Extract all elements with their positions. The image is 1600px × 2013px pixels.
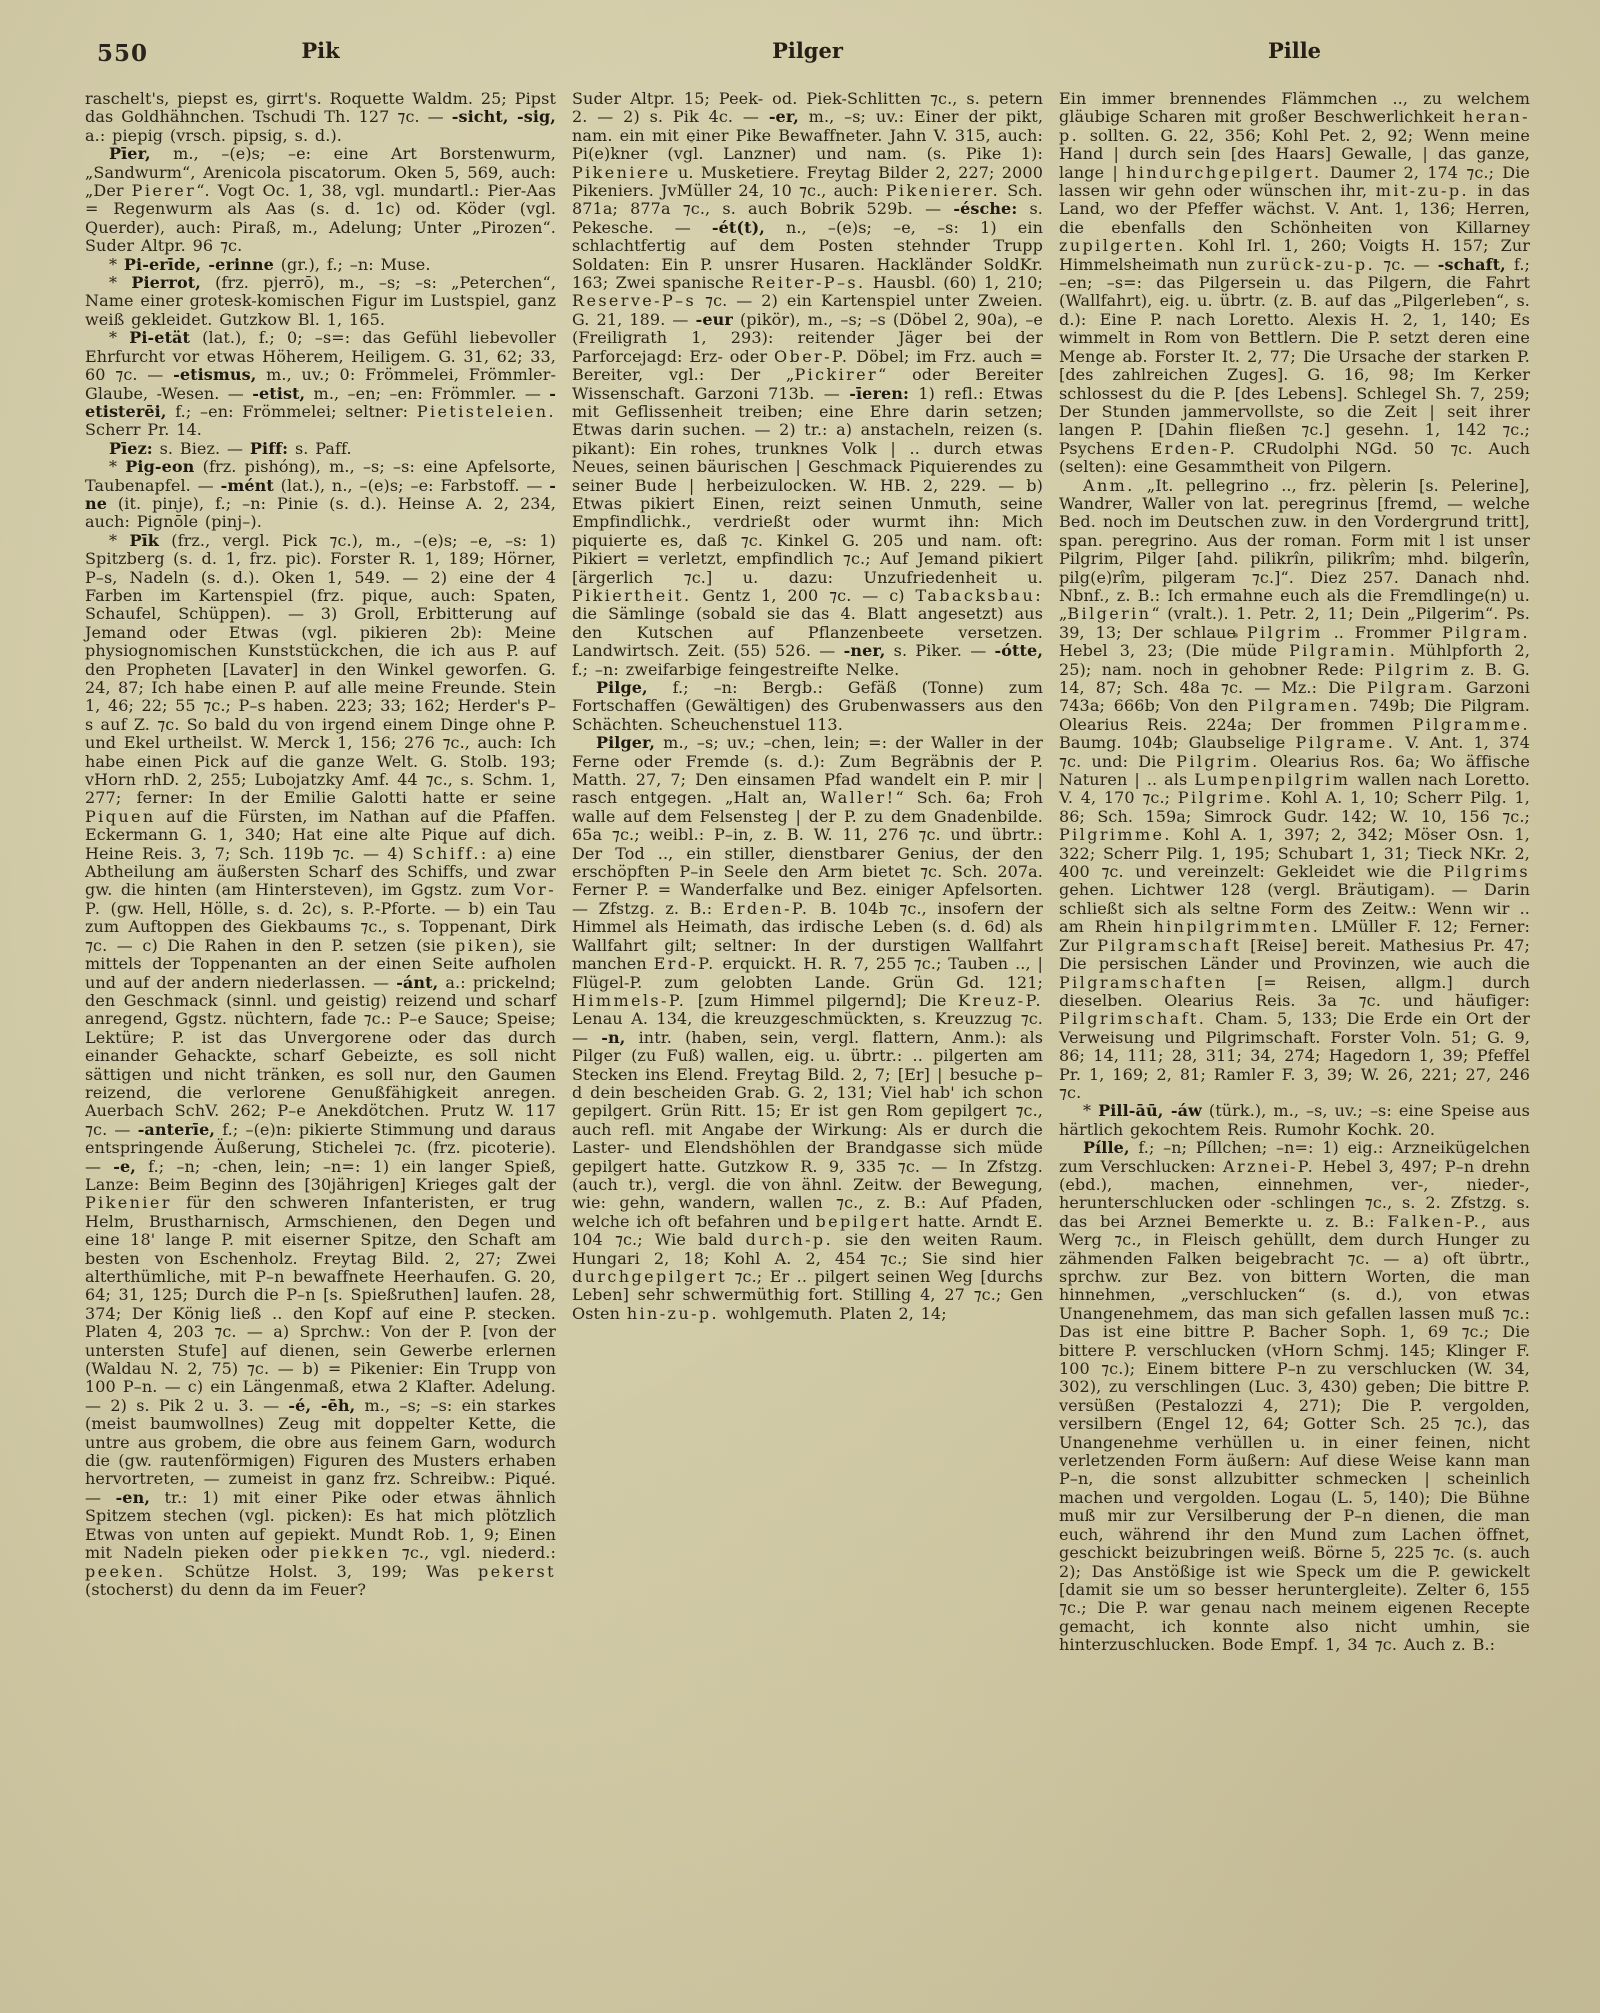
text-run: ⁊c. — [1375,255,1438,274]
text-run: Pikiertheit. [572,586,691,605]
entry-paragraph: Suder Altpr. 15; Peek- od. Piek-Schlitte… [572,90,1043,679]
text-run: für den schweren Infanteristen, er trug … [85,1193,556,1414]
entry-paragraph: raschelt's, piepst es, girrt's. Roquette… [85,90,556,145]
text-run: Erden-P. [1151,439,1238,458]
text-run: hin-zu-p. [627,1304,719,1323]
headword: -er, [769,107,799,126]
text-run: a.: piepig (vrsch. pipsig, s. d.). [85,126,342,145]
text-run: Arznei-P. [1223,1157,1315,1176]
entry-paragraph: Pīez: s. Biez. — Piff: s. Paff. [85,440,556,458]
text-run: intr. (haben, sein, vergl. flattern, Anm… [572,1028,1043,1231]
headword: -ánt, [396,973,438,992]
text-run: Pietisteleien. [417,402,556,421]
entry-paragraph: * Pierrot, (frz. pjerrō), m., –s; –s: „P… [85,274,556,329]
text-run: Schiff.: [412,844,488,863]
text-run: ⁊c., vgl. niederd.: [390,1543,556,1562]
text-run: zupilgerten. [1059,236,1186,255]
headword-column-middle: Pilger [572,38,1043,63]
headword: Pierrot, [131,273,201,292]
text-run: Pilgrim [1247,623,1323,642]
headword: Pīk [129,531,159,550]
text-run: Pilgramschaft [1097,936,1241,955]
headword: Pīez: [109,439,153,458]
entry-paragraph: Anm. „It. pellegrino .., frz. pèlerin [s… [1059,477,1530,1103]
text-run: f.; –n; -chen, lein; –n=: 1) ein langer … [85,1157,556,1194]
entry-paragraph: * Pi-erīde, -erinne (gr.), f.; –n: Muse. [85,256,556,274]
text-run: (it. pinje), f.; –n: Pinie (s. d.). Hein… [85,494,556,531]
entry-paragraph: Ein immer brennendes Flämmchen .., zu we… [1059,90,1530,477]
text-run: Pilgrame. [1296,733,1396,752]
text-run: Pikeniere [572,163,671,182]
headword: Piff: [250,439,288,458]
text-run: Pikenier [85,1193,172,1212]
headword: -n, [601,1028,625,1047]
text-run: Pierer [132,181,197,200]
text-run: aus Werg ⁊c., in Fleisch gehüllt, dem du… [1059,1212,1530,1654]
headword: Pīer, [109,144,151,163]
text-run: * [109,328,129,347]
column-middle: Suder Altpr. 15; Peek- od. Piek-Schlitte… [572,90,1043,1323]
column-left: raschelt's, piepst es, girrt's. Roquette… [85,90,556,1599]
entry-paragraph: Pílle, f.; –n; Píllchen; –n=: 1) eig.: A… [1059,1139,1530,1654]
text-run: Reiter-P–s. [751,273,865,292]
text-run: Hebel 3, 23; (Die müde [1059,641,1289,660]
text-run: Reserve-P–s [572,291,696,310]
text-run: * [109,255,124,274]
text-run: Pilgrime. [1178,788,1273,807]
text-run: mit-zu-p. [1376,181,1469,200]
text-run: f.; –en: Frömmelei; seltner: [166,402,416,421]
headword: -ét(t), [712,218,765,237]
text-run: wohlgemuth. Platen 2, 14; [719,1304,947,1323]
text-run: Erd-P. [654,954,716,973]
text-run: Himmels-P. [572,991,686,1010]
entry-paragraph: * Pi-etät (lat.), f.; 0; –s=: das Gefühl… [85,329,556,439]
text-run: Bilgerin [1067,604,1151,623]
text-run: hinpilgrimmten. [1153,917,1320,936]
text-run: Pilgramen. [1247,696,1359,715]
headword: -e, [113,1157,136,1176]
text-run: hindurchgepilgert. [1126,163,1321,182]
text-run: Schütze Holst. 3, 199; Was [166,1562,478,1581]
text-run: Erden-P. [723,899,810,918]
text-columns: raschelt's, piepst es, girrt's. Roquette… [85,90,1530,1890]
headword: Pilger, [596,733,655,752]
headword: Pilge, [596,678,648,697]
text-run: Tabacksbau: [916,586,1044,605]
text-run: piekken [310,1543,391,1562]
headword: Pi-etät [129,328,190,347]
text-run: * [109,531,129,550]
headword: -eur [696,310,733,329]
text-run: Pilgram. [1367,678,1455,697]
text-run: „It. pellegrino .., frz. pèlerin [s. Pel… [1059,476,1530,624]
text-run: piken [455,936,512,955]
headword: -é, -ēh, [288,1396,355,1415]
dictionary-page: 550 Pik Pilger Pille raschelt's, piepst … [0,0,1600,2013]
running-head: 550 Pik Pilger Pille [85,38,1530,72]
text-run: Hausbl. (60) 1, 210; [865,273,1043,292]
headword: Pi-erīde, -erinne [124,255,274,274]
text-run: Pilgramme. [1413,715,1530,734]
column-right: Ein immer brennendes Flämmchen .., zu we… [1059,90,1530,1655]
entry-paragraph: Pilger, m., –s; uv.; –chen, lein; =: der… [572,734,1043,1323]
text-run: zurück-zu-p. [1246,255,1375,274]
text-run: Pilgram. [1442,623,1530,642]
text-run: Pilgrimme. [1059,825,1172,844]
entry-paragraph: Pilge, f.; –n: Bergb.: Gefäß (Tonne) zum… [572,679,1043,734]
text-run: pekerst [478,1562,556,1581]
entry-paragraph: * Pīk (frz., vergl. Pick ⁊c.), m., –(e)s… [85,532,556,1600]
text-run: (stocherst) du denn da im Feuer? [85,1580,366,1599]
headword: -etismus, [173,365,256,384]
text-run: peeken. [85,1562,166,1581]
headword: -etist, [252,384,305,403]
text-run: Kreuz-P. [958,991,1043,1010]
entry-paragraph: * Pill-āū, -áw (türk.), m., –s, uv.; –s:… [1059,1102,1530,1139]
text-run: Piquen [85,807,156,826]
text-run: * [109,457,125,476]
text-run: m., –en; –en: Frömmler. — [305,384,549,403]
headword: -schaft, [1438,255,1506,274]
headword: -ótte, [995,641,1043,660]
text-run: durchgepilgert [572,1267,727,1286]
text-run: [zum Himmel pilgernd]; Die [686,991,958,1010]
text-run: f.; –en; –s=: das Pilgersein u. das Pilg… [1059,255,1530,458]
text-run: f.; –n: zweifarbige feingestreifte Nelke… [572,660,899,679]
headword: Pig-eon [125,457,194,476]
text-run: Pikenierer. [886,181,1000,200]
text-run: Pilgrim [1375,660,1451,679]
headword: -mént [221,476,274,495]
entry-paragraph: * Pig-eon (frz. pishóng), m., –s; –s: ei… [85,458,556,532]
text-run: 1) refl.: Etwas mit Geflissenheit treibe… [572,384,1043,587]
text-run: (lat.), n., –(e)s; –e: Farbstoff. — [274,476,549,495]
headword: -en, [116,1488,150,1507]
text-run: Gentz 1, 200 ⁊c. — c) [691,586,915,605]
headword: -ner, [844,641,886,660]
text-run: Pilgrimschaft. [1059,1009,1206,1028]
headword: Pílle, [1083,1138,1130,1157]
text-run: * [109,273,131,292]
headword: -ésche: [953,199,1017,218]
text-run: a.: prickelnd; den Geschmack (sinnl. und… [85,973,556,1139]
text-run: Pilgrims [1443,862,1530,881]
text-run: durch-p. [746,1230,833,1249]
text-run: Falken-P., [1388,1212,1489,1231]
headword: -anterīe, [138,1120,215,1139]
text-run: .. Frommer [1323,623,1442,642]
text-run: s. Piker. — [885,641,994,660]
text-run: Pilgramschaften [1059,973,1228,992]
text-run: Waller! [820,788,895,807]
text-run: * [1083,1101,1098,1120]
text-run: Anm. [1083,476,1135,495]
text-run: s. Biez. — [153,439,250,458]
text-run: Lumpenpilgrim [1194,770,1350,789]
text-run: Ein immer brennendes Flämmchen .., zu we… [1059,89,1530,126]
text-run: Pickirer [794,365,878,384]
text-run: Pilgramin. [1289,641,1397,660]
page-number: 550 [97,40,148,67]
headword-column-right: Pille [1059,38,1530,63]
headword: -īeren: [849,384,909,403]
headword-column-left: Pik [85,38,556,63]
text-run: Scherr Pr. 14. [85,420,202,439]
headword: -sicht, -sig, [452,107,556,126]
text-run: bepilgert [815,1212,911,1231]
text-run: (frz., vergl. Pick ⁊c.), m., –(e)s; –e, … [85,531,556,808]
entry-paragraph: Pīer, m., –(e)s; –e: eine Art Borstenwur… [85,145,556,255]
text-run: Pilgrim. [1176,752,1259,771]
headword: Pill-āū, -áw [1098,1101,1202,1120]
text-run: Baumg. 104b; Glaubselige [1059,733,1296,752]
text-run: (gr.), f.; –n: Muse. [274,255,431,274]
text-run: s. Paff. [288,439,352,458]
text-run: Ober-P. [774,347,849,366]
column-headwords: Pik Pilger Pille [85,38,1530,63]
